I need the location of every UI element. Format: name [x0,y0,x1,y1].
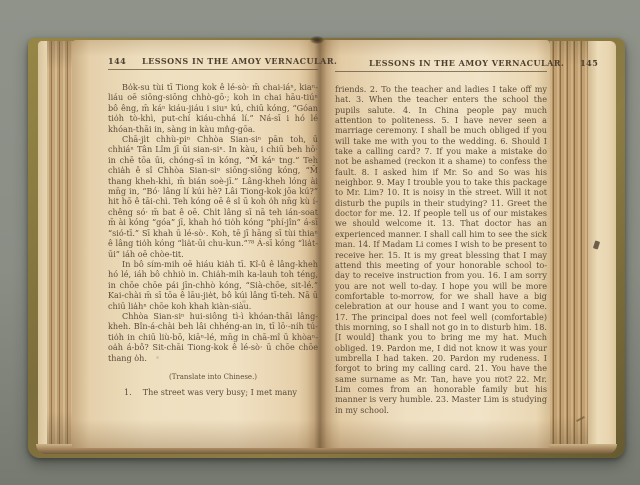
right-running-title: LESSONS IN THE AMOY VERNACULAR. [369,58,564,68]
left-page-edges [47,41,74,453]
amoy-paragraph: Bo̍k-su tùi tī Tiong kok ê lé-sò· m̄ cha… [108,82,318,134]
exercise-number: 1. [108,387,132,397]
right-page-text: friends. 2. To the teacher and ladies I … [335,84,547,415]
left-fore-edge-strip [38,41,47,453]
right-page-header: LESSONS IN THE AMOY VERNACULAR. 145 [335,58,547,72]
translate-note: (Translate into Chinese.) [108,372,318,382]
right-page-number: 145 [564,58,598,68]
left-page-number: 144 [108,56,142,66]
left-page-header: 144 LESSONS IN THE AMOY VERNACULAR. [108,56,318,70]
left-running-title: LESSONS IN THE AMOY VERNACULAR. [142,56,337,66]
exercise-text: The street was very busy; I met many [143,387,297,397]
gutter-top-notch [310,36,324,44]
right-page-edges [550,41,588,453]
open-book: 144 LESSONS IN THE AMOY VERNACULAR. Bo̍k… [28,38,625,458]
amoy-paragraph: Chhòa Sian-siⁿ hui-siông tì-ì khóan-thāi… [108,311,318,363]
amoy-paragraph: Chā-ji̍t chhù-piⁿ Chhòa Sian-siⁿ pān toh… [108,134,318,259]
exercise-line: 1. The street was very busy; I met many [108,387,318,397]
left-page-text: Bo̍k-su tùi tī Tiong kok ê lé-sò· m̄ cha… [108,82,318,398]
amoy-paragraph: In bô sím-mih oē hiáu kia̍h tī. Kî-û ê l… [108,259,318,311]
book-photo-backdrop: 144 LESSONS IN THE AMOY VERNACULAR. Bo̍k… [0,0,640,485]
